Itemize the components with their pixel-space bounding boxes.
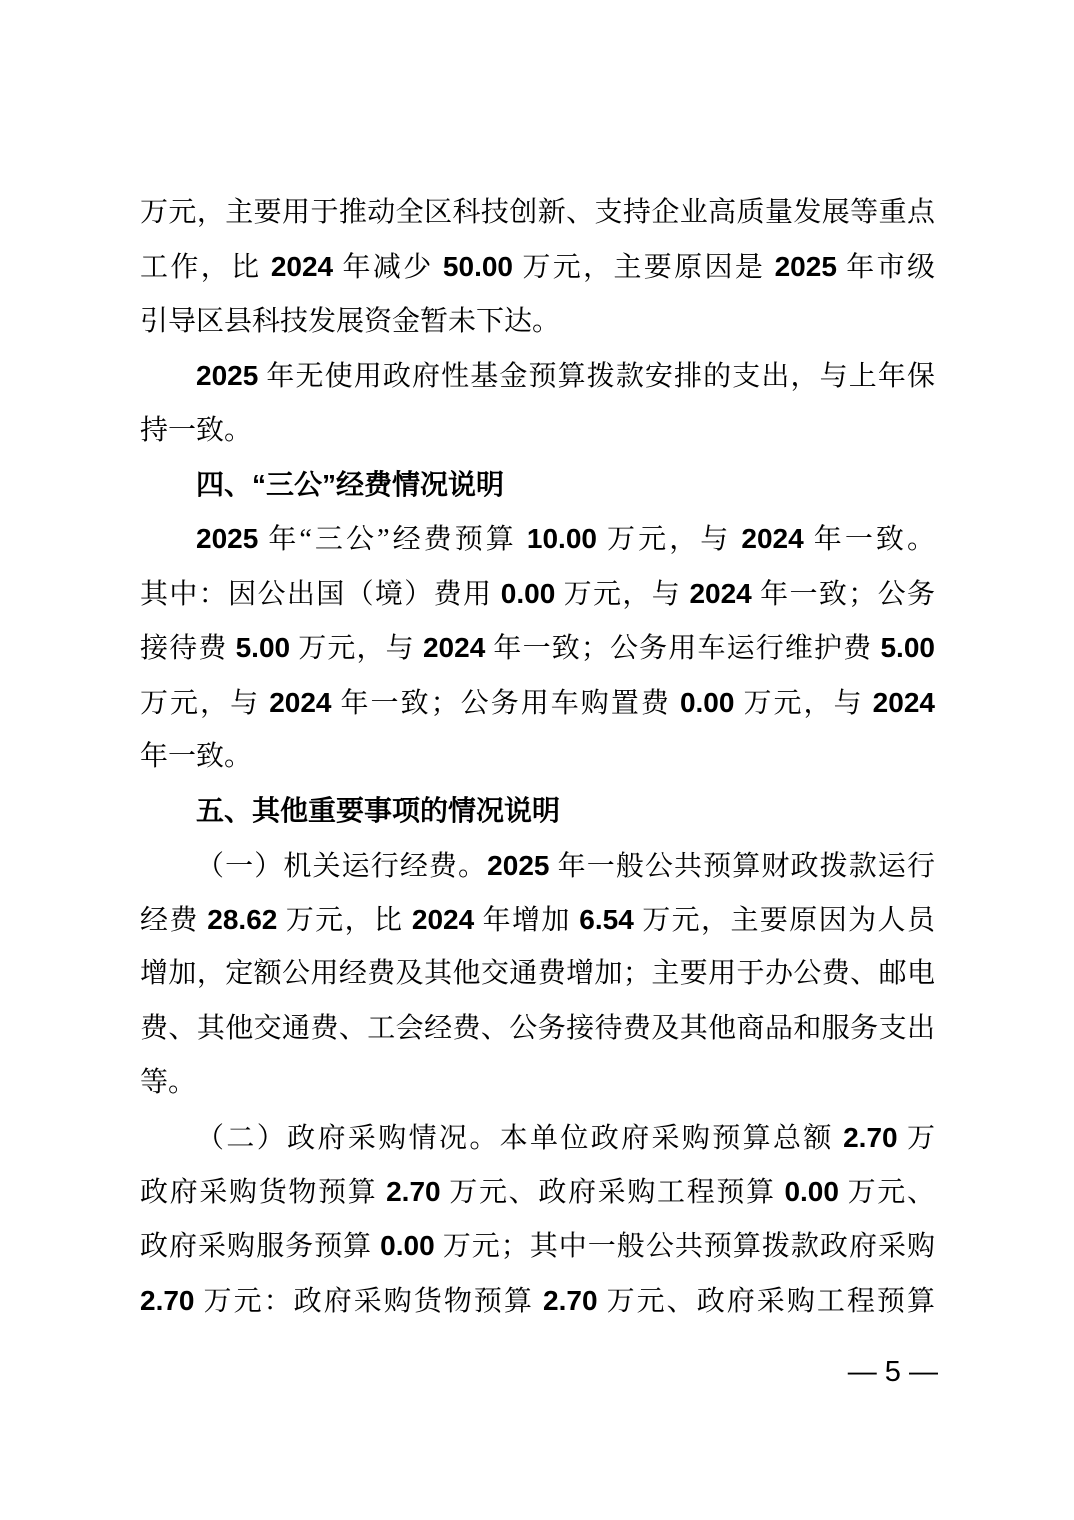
text-line: 持一致。 xyxy=(140,404,935,458)
text-line: 2025 年无使用政府性基金预算拨款安排的支出，与上年保 xyxy=(140,349,935,403)
text-line: 费、其他交通费、工会经费、公务接待费及其他商品和服务支出 xyxy=(140,1002,935,1056)
text-line: （二）政府采购情况。本单位政府采购预算总额 2.70 万元： xyxy=(140,1111,935,1165)
paragraph: 2025 年“三公”经费预算 10.00 万元，与 2024 年一致。其中：因公… xyxy=(140,512,935,784)
text-line: 工作，比 2024 年减少 50.00 万元，主要原因是 2025 年市级 xyxy=(140,240,935,294)
text-line: 引导区县科技发展资金暂未下达。 xyxy=(140,295,935,349)
numeric-value: 2.70 xyxy=(386,1176,441,1207)
text-line: 年一致。 xyxy=(140,730,935,784)
numeric-value: 50.00 xyxy=(443,251,513,282)
page-footer: — 5 — xyxy=(848,1352,938,1392)
section-heading: 四、“三公”经费情况说明 xyxy=(140,458,935,512)
document-page: 万元，主要用于推动全区科技创新、支持企业高质量发展等重点工作，比 2024 年减… xyxy=(0,0,1074,1520)
text-line: 增加，定额公用经费及其他交通费增加；主要用于办公费、邮电 xyxy=(140,947,935,1001)
text-line: 其中：因公出国（境）费用 0.00 万元，与 2024 年一致；公务 xyxy=(140,567,935,621)
numeric-value: 2024 xyxy=(423,632,485,663)
numeric-value: 0.00 xyxy=(680,687,735,718)
paragraph: （一）机关运行经费。2025 年一般公共预算财政拨款运行经费 28.62 万元，… xyxy=(140,839,935,1111)
numeric-value: 2025 xyxy=(196,360,258,391)
text-line: 政府采购货物预算 2.70 万元、政府采购工程预算 0.00 万元、 xyxy=(140,1165,935,1219)
numeric-value: 0.00 xyxy=(380,1230,435,1261)
text-line: 万元，主要用于推动全区科技创新、支持企业高质量发展等重点 xyxy=(140,186,935,240)
numeric-value: 2024 xyxy=(269,687,331,718)
text-line: 2.70 万元：政府采购货物预算 2.70 万元、政府采购工程预算 xyxy=(140,1274,935,1328)
document-body: 万元，主要用于推动全区科技创新、支持企业高质量发展等重点工作，比 2024 年减… xyxy=(140,186,935,1328)
text-line: 等。 xyxy=(140,1056,935,1110)
numeric-value: 2025 xyxy=(775,251,837,282)
numeric-value: 10.00 xyxy=(527,523,597,554)
numeric-value: 2024 xyxy=(689,578,751,609)
numeric-value: 2024 xyxy=(271,251,333,282)
numeric-value: 0.00 xyxy=(501,578,556,609)
numeric-value: 2.70 xyxy=(543,1285,598,1316)
numeric-value: 0.00 xyxy=(784,1176,839,1207)
paragraph: 万元，主要用于推动全区科技创新、支持企业高质量发展等重点工作，比 2024 年减… xyxy=(140,186,935,349)
text-line: 2025 年“三公”经费预算 10.00 万元，与 2024 年一致。 xyxy=(140,512,935,566)
text-line: 四、“三公”经费情况说明 xyxy=(140,458,935,512)
text-line: 政府采购服务预算 0.00 万元；其中一般公共预算拨款政府采购 xyxy=(140,1219,935,1273)
numeric-value: 2024 xyxy=(741,523,803,554)
paragraph: 2025 年无使用政府性基金预算拨款安排的支出，与上年保持一致。 xyxy=(140,349,935,458)
text-line: 万元，与 2024 年一致；公务用车购置费 0.00 万元，与 2024 xyxy=(140,676,935,730)
section-heading: 五、其他重要事项的情况说明 xyxy=(140,784,935,838)
paragraph: （二）政府采购情况。本单位政府采购预算总额 2.70 万元：政府采购货物预算 2… xyxy=(140,1111,935,1329)
numeric-value: 2024 xyxy=(873,687,935,718)
numeric-value: 2.70 xyxy=(140,1285,195,1316)
text-line: 经费 28.62 万元，比 2024 年增加 6.54 万元，主要原因为人员 xyxy=(140,893,935,947)
numeric-value: 5.00 xyxy=(236,632,291,663)
page-number: — 5 — xyxy=(848,1356,938,1388)
text-line: 五、其他重要事项的情况说明 xyxy=(140,784,935,838)
numeric-value: 6.54 xyxy=(579,904,634,935)
numeric-value: 2025 xyxy=(487,850,549,881)
numeric-value: 2025 xyxy=(196,523,258,554)
text-line: 接待费 5.00 万元，与 2024 年一致；公务用车运行维护费 5.00 xyxy=(140,621,935,675)
numeric-value: 5.00 xyxy=(880,632,935,663)
numeric-value: 2.70 xyxy=(843,1122,898,1153)
numeric-value: 28.62 xyxy=(207,904,277,935)
text-line: （一）机关运行经费。2025 年一般公共预算财政拨款运行 xyxy=(140,839,935,893)
numeric-value: 2024 xyxy=(412,904,474,935)
